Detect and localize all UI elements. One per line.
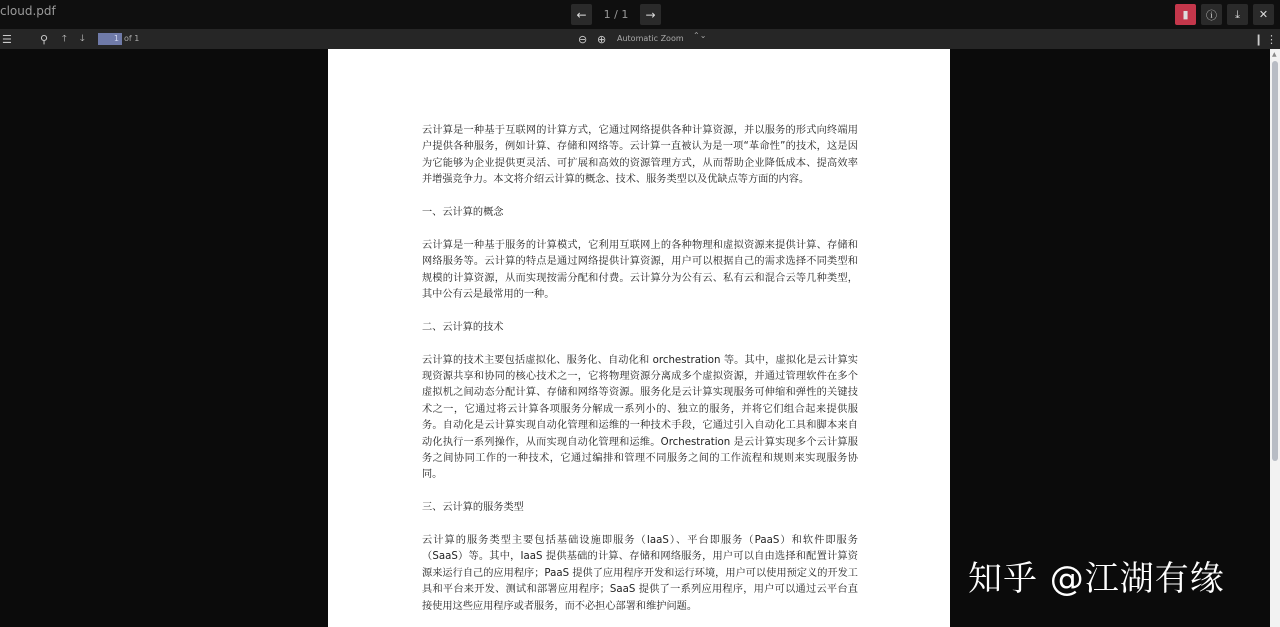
document-viewer[interactable]: 云计算是一种基于互联网的计算方式，它通过网络提供各种计算资源，并以服务的形式向终…: [0, 49, 1270, 627]
divider-icon: ❙: [1254, 33, 1263, 46]
search-icon: ⚲: [40, 33, 48, 46]
section-heading: 一、云计算的概念: [422, 205, 858, 221]
section-heading: 二、云计算的技术: [422, 320, 858, 336]
close-button[interactable]: ✕: [1253, 4, 1274, 25]
arrow-up-icon: 🡑: [62, 31, 67, 47]
info-icon: ⓘ: [1206, 7, 1217, 23]
prev-page-button[interactable]: ←: [571, 4, 592, 25]
zoom-in-icon: ⊕: [597, 33, 606, 46]
page-indicator: 1 / 1: [598, 8, 634, 21]
page-number-input[interactable]: 1: [98, 33, 122, 45]
page-count: of 1: [124, 33, 139, 45]
find-button[interactable]: ⚲: [40, 31, 48, 47]
title-bar: cloud.pdf ← 1 / 1 → ▮ ⓘ ⤓ ✕: [0, 0, 1280, 29]
more-icon: ⋮: [1266, 33, 1277, 46]
menu-icon: ☰: [2, 33, 12, 46]
arrow-right-icon: →: [645, 8, 655, 22]
file-name: cloud.pdf: [0, 4, 56, 18]
watermark: 知乎 @江湖有缘: [968, 551, 1225, 600]
presentation-button[interactable]: ❙: [1254, 31, 1263, 47]
scroll-up-icon[interactable]: ▲: [1272, 51, 1277, 58]
next-page-toolbar-button[interactable]: 🡓: [80, 31, 85, 47]
pdf-toolbar: ☰ ⚲ 🡑 🡓 1 of 1 ⊖ ⊕ Automatic Zoom ⌃⌄ ❙ ⋮: [0, 29, 1280, 49]
scrollbar-thumb[interactable]: [1272, 61, 1278, 461]
download-icon: ⤓: [1235, 8, 1240, 22]
page-content: 云计算是一种基于互联网的计算方式，它通过网络提供各种计算资源，并以服务的形式向终…: [422, 123, 858, 627]
sidebar-toggle-button[interactable]: ☰: [2, 31, 12, 47]
intro-paragraph: 云计算是一种基于互联网的计算方式，它通过网络提供各种计算资源，并以服务的形式向终…: [422, 123, 858, 189]
arrow-left-icon: ←: [576, 8, 586, 22]
delete-button[interactable]: ▮: [1175, 4, 1196, 25]
section-heading: 三、云计算的服务类型: [422, 500, 858, 516]
window-actions: ▮ ⓘ ⤓ ✕: [1175, 4, 1274, 25]
close-icon: ✕: [1259, 8, 1268, 21]
more-tools-button[interactable]: ⋮: [1266, 31, 1277, 47]
zoom-select[interactable]: Automatic Zoom: [617, 33, 684, 45]
trash-icon: ▮: [1182, 8, 1188, 21]
zoom-out-icon: ⊖: [578, 33, 587, 46]
info-button[interactable]: ⓘ: [1201, 4, 1222, 25]
paragraph: 云计算的技术主要包括虚拟化、服务化、自动化和 orchestration 等。其…: [422, 353, 858, 484]
next-page-button[interactable]: →: [640, 4, 661, 25]
previous-page-button[interactable]: 🡑: [62, 31, 67, 47]
paragraph: 云计算是一种基于服务的计算模式，它利用互联网上的各种物理和虚拟资源来提供计算、存…: [422, 238, 858, 304]
zoom-select-arrows-icon[interactable]: ⌃⌄: [693, 32, 706, 39]
page-navigator: ← 1 / 1 →: [571, 4, 661, 25]
pdf-page: 云计算是一种基于互联网的计算方式，它通过网络提供各种计算资源，并以服务的形式向终…: [328, 49, 950, 627]
arrow-down-icon: 🡓: [80, 31, 85, 47]
zoom-in-button[interactable]: ⊕: [597, 31, 606, 47]
vertical-scrollbar[interactable]: ▲: [1270, 49, 1280, 627]
paragraph: 云计算的服务类型主要包括基础设施即服务（IaaS）、平台即服务（PaaS）和软件…: [422, 533, 858, 615]
download-button[interactable]: ⤓: [1227, 4, 1248, 25]
zoom-out-button[interactable]: ⊖: [578, 31, 587, 47]
